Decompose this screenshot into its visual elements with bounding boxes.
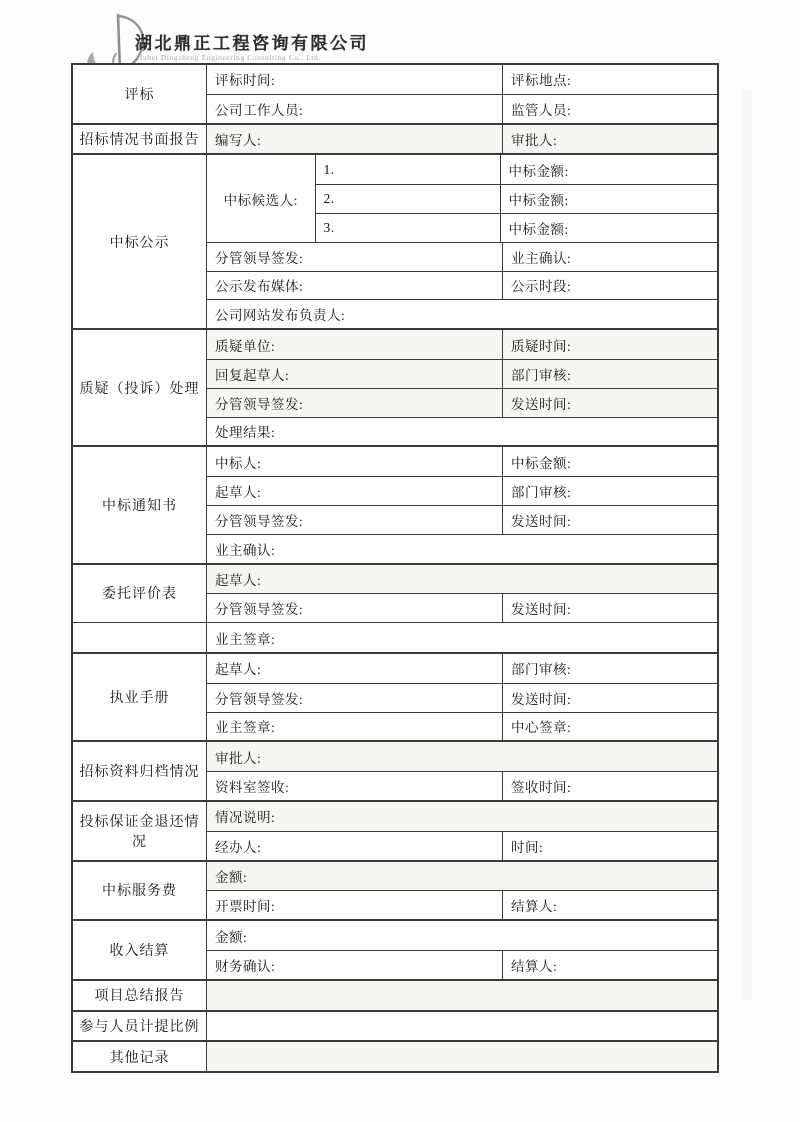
form-row: [207, 1012, 717, 1041]
field-label: 业主签章:: [207, 623, 717, 652]
section-baozhengjin-tuihuan: 投标保证金退还情况 情况说明: 经办人: 时间:: [73, 800, 717, 860]
candidate-number: 2.: [316, 185, 500, 213]
field-label: 发送时间:: [502, 684, 717, 712]
section-jiti-bili: 参与人员计提比例: [73, 1010, 717, 1041]
field-label: 签收时间:: [502, 772, 717, 800]
field-label: 分管领导签发:: [207, 594, 502, 622]
form-row: 1. 中标金额:: [316, 155, 718, 184]
field-label: 部门审核:: [502, 360, 717, 388]
candidate-number: 1.: [316, 155, 500, 184]
section-category-label: 评标: [73, 65, 207, 123]
section-qita-jilu: 其他记录: [73, 1040, 717, 1071]
section-weituo-pingjiabiao: 委托评价表 起草人: 分管领导签发: 发送时间: 业主签章:: [73, 563, 717, 652]
field-label: 金额:: [207, 921, 717, 950]
empty-field-cell: [207, 1012, 717, 1041]
field-label: 公司网站发布负责人:: [207, 300, 717, 328]
company-name-english: Hubei Dingzheng Engineering Consulting C…: [137, 53, 321, 62]
form-row: 分管领导签发: 发送时间:: [207, 683, 717, 712]
form-row: 财务确认: 结算人:: [207, 950, 717, 979]
section-shouru-jiesuan: 收入结算 金额: 财务确认: 结算人:: [73, 919, 717, 979]
field-label: 发送时间:: [502, 594, 717, 622]
form-row: 金额:: [207, 921, 717, 950]
form-row: 业主签章:: [207, 623, 717, 652]
form-row: 公司网站发布负责人:: [207, 299, 717, 328]
form-row: 审批人:: [207, 742, 717, 771]
form-row: 业主签章: 中心签章:: [207, 712, 717, 741]
empty-field-cell: [207, 1042, 717, 1071]
field-label: 公司工作人员:: [207, 95, 502, 123]
form-row: 质疑单位: 质疑时间:: [207, 330, 717, 359]
form-row: 分管领导签发: 发送时间:: [207, 388, 717, 417]
form-row: 编写人: 审批人:: [207, 125, 717, 154]
section-category-label: 其他记录: [73, 1042, 207, 1071]
section-zhongbiao-fuwufei: 中标服务费 金额: 开票时间: 结算人:: [73, 860, 717, 920]
field-label: 部门审核:: [502, 477, 717, 505]
field-label: 开票时间:: [207, 891, 502, 919]
field-label: 起草人:: [207, 654, 502, 683]
form-row: 经办人: 时间:: [207, 831, 717, 860]
form-row: 资料室签收: 签收时间:: [207, 771, 717, 800]
form-row: 开票时间: 结算人:: [207, 890, 717, 919]
field-label: 业主确认:: [207, 535, 717, 563]
company-name: 湖北鼎正工程咨询有限公司: [135, 29, 369, 54]
scan-artifact: [742, 90, 752, 1000]
section-category-label: 中标通知书: [73, 447, 207, 562]
section-category-label: 参与人员计提比例: [73, 1012, 207, 1041]
section-pingbiao: 评标 评标时间: 评标地点: 公司工作人员: 监管人员:: [73, 65, 717, 123]
field-label: 分管领导签发:: [207, 243, 502, 271]
field-label: 中心签章:: [502, 713, 717, 741]
section-category-label: 收入结算: [73, 921, 207, 979]
field-label: 中标金额:: [502, 447, 717, 476]
form-row: 公示发布媒体: 公示时段:: [207, 271, 717, 300]
form-row: 分管领导签发: 发送时间:: [207, 505, 717, 534]
field-label: 审批人:: [502, 125, 717, 154]
field-label: 业主签章:: [207, 713, 502, 741]
candidate-number: 3.: [316, 214, 500, 242]
section-zhiyi-chuli: 质疑（投诉）处理 质疑单位: 质疑时间: 回复起草人: 部门审核: 分管领导签发…: [73, 328, 717, 445]
field-label: 时间:: [502, 832, 717, 860]
field-label: 经办人:: [207, 832, 502, 860]
field-label: 处理结果:: [207, 418, 717, 446]
form-row: 回复起草人: 部门审核:: [207, 359, 717, 388]
form-row: 情况说明:: [207, 802, 717, 831]
form-row: 评标时间: 评标地点:: [207, 65, 717, 94]
field-label: 公示时段:: [502, 272, 717, 300]
field-label: 结算人:: [502, 891, 717, 919]
field-label: 评标地点:: [502, 65, 717, 94]
field-label: 中标金额:: [500, 155, 718, 184]
section-zhaobiao-baogao: 招标情况书面报告 编写人: 审批人:: [73, 123, 717, 154]
field-label: 发送时间:: [502, 389, 717, 417]
form-row: 分管领导签发: 业主确认:: [207, 242, 717, 271]
section-category-label: 委托评价表: [73, 565, 207, 623]
field-label: 质疑单位:: [207, 330, 502, 359]
section-xiangmu-zongjie: 项目总结报告: [73, 979, 717, 1010]
field-label: 中标人:: [207, 447, 502, 476]
field-label: 审批人:: [207, 742, 717, 771]
field-label: 情况说明:: [207, 802, 717, 831]
form-row: 业主确认:: [207, 534, 717, 563]
field-label: 分管领导签发:: [207, 684, 502, 712]
form-row: 中标人: 中标金额:: [207, 447, 717, 476]
field-label: 质疑时间:: [502, 330, 717, 359]
field-label: 编写人:: [207, 125, 502, 154]
section-ziliao-guidang: 招标资料归档情况 审批人: 资料室签收: 签收时间:: [73, 740, 717, 800]
field-label: 分管领导签发:: [207, 389, 502, 417]
scanned-form-page: 湖北鼎正工程咨询有限公司 Hubei Dingzheng Engineering…: [0, 0, 800, 1122]
field-label: 结算人:: [502, 951, 717, 979]
section-category-label: 中标公示: [73, 155, 207, 328]
section-zhiye-shouce: 执业手册 起草人: 部门审核: 分管领导签发: 发送时间: 业主签章: 中心签章…: [73, 652, 717, 740]
section-category-label: 中标服务费: [73, 862, 207, 920]
form-row: 处理结果:: [207, 417, 717, 446]
empty-category-cell: [73, 623, 207, 652]
field-label: 评标时间:: [207, 65, 502, 94]
field-label: 中标金额:: [500, 214, 718, 242]
section-category-label: 执业手册: [73, 654, 207, 740]
field-label: 起草人:: [207, 565, 717, 594]
section-category-label: 项目总结报告: [73, 981, 207, 1010]
empty-field-cell: [207, 981, 717, 1010]
form-row: 3. 中标金额:: [316, 213, 718, 242]
form-row: 起草人:: [207, 565, 717, 594]
field-label: 部门审核:: [502, 654, 717, 683]
section-category-label: 招标情况书面报告: [73, 125, 207, 154]
form-row: 2. 中标金额:: [316, 184, 718, 213]
field-label: 财务确认:: [207, 951, 502, 979]
field-label: 回复起草人:: [207, 360, 502, 388]
section-zhongbiao-tongzhishu: 中标通知书 中标人: 中标金额: 起草人: 部门审核: 分管领导签发: 发送时间…: [73, 445, 717, 562]
field-label: 分管领导签发:: [207, 506, 502, 534]
field-label: 金额:: [207, 862, 717, 891]
form-row: 分管领导签发: 发送时间:: [207, 593, 717, 622]
field-label: 公示发布媒体:: [207, 272, 502, 300]
field-label: 中标金额:: [500, 185, 718, 213]
form-row: [207, 1042, 717, 1071]
field-label: 业主确认:: [502, 243, 717, 271]
field-label: 发送时间:: [502, 506, 717, 534]
form-row: 金额:: [207, 862, 717, 891]
section-category-label: 质疑（投诉）处理: [73, 330, 207, 445]
section-zhongbiao-gongshi: 中标公示 中标候选人: 1. 中标金额: 2. 中标金额:: [73, 153, 717, 328]
candidates-block: 中标候选人: 1. 中标金额: 2. 中标金额: 3. 中标金额:: [207, 155, 717, 241]
field-label: 监管人员:: [502, 95, 717, 123]
field-label: 资料室签收:: [207, 772, 502, 800]
field-label: 起草人:: [207, 477, 502, 505]
form-row: [207, 981, 717, 1010]
form-row: 起草人: 部门审核:: [207, 476, 717, 505]
bidding-process-form-table: 评标 评标时间: 评标地点: 公司工作人员: 监管人员: 招标情况书面报告 编写…: [71, 63, 719, 1073]
section-category-label: 招标资料归档情况: [73, 742, 207, 800]
section-category-label: 投标保证金退还情况: [73, 802, 207, 860]
field-label: 中标候选人:: [207, 155, 316, 241]
form-row: 公司工作人员: 监管人员:: [207, 94, 717, 123]
form-row: 起草人: 部门审核:: [207, 654, 717, 683]
